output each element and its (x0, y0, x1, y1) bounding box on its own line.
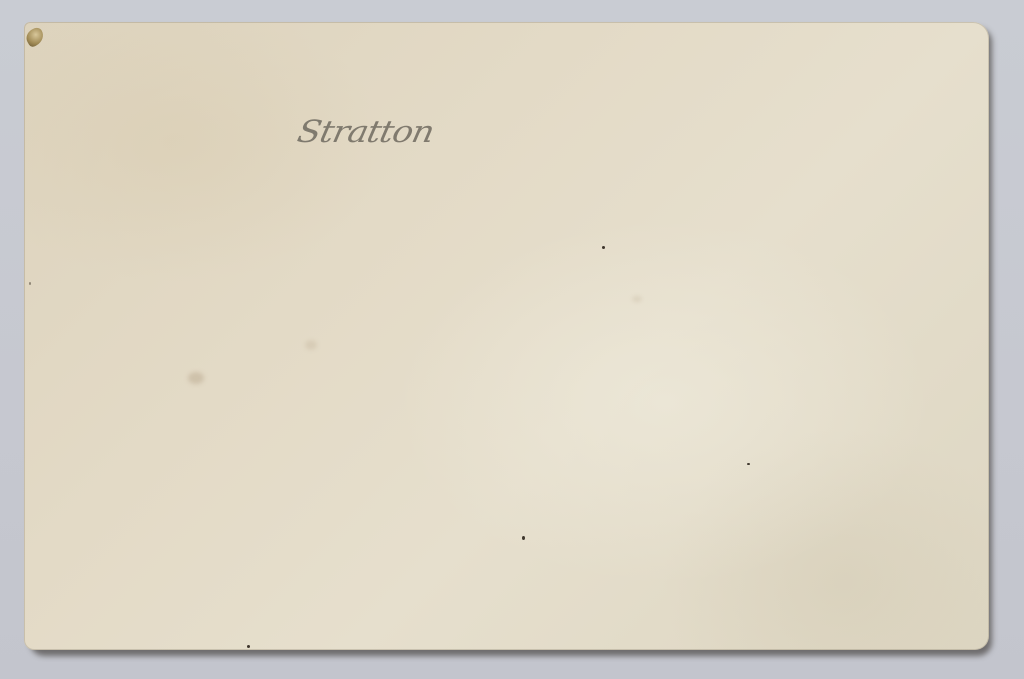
stain (188, 372, 204, 384)
speck (247, 645, 250, 648)
speck (522, 536, 525, 540)
stain (305, 340, 317, 350)
speck (29, 282, 31, 285)
stain (632, 296, 642, 302)
photo-card-back (24, 22, 989, 650)
handwritten-inscription: Stratton (294, 114, 437, 150)
speck (747, 463, 750, 465)
speck (602, 246, 605, 249)
